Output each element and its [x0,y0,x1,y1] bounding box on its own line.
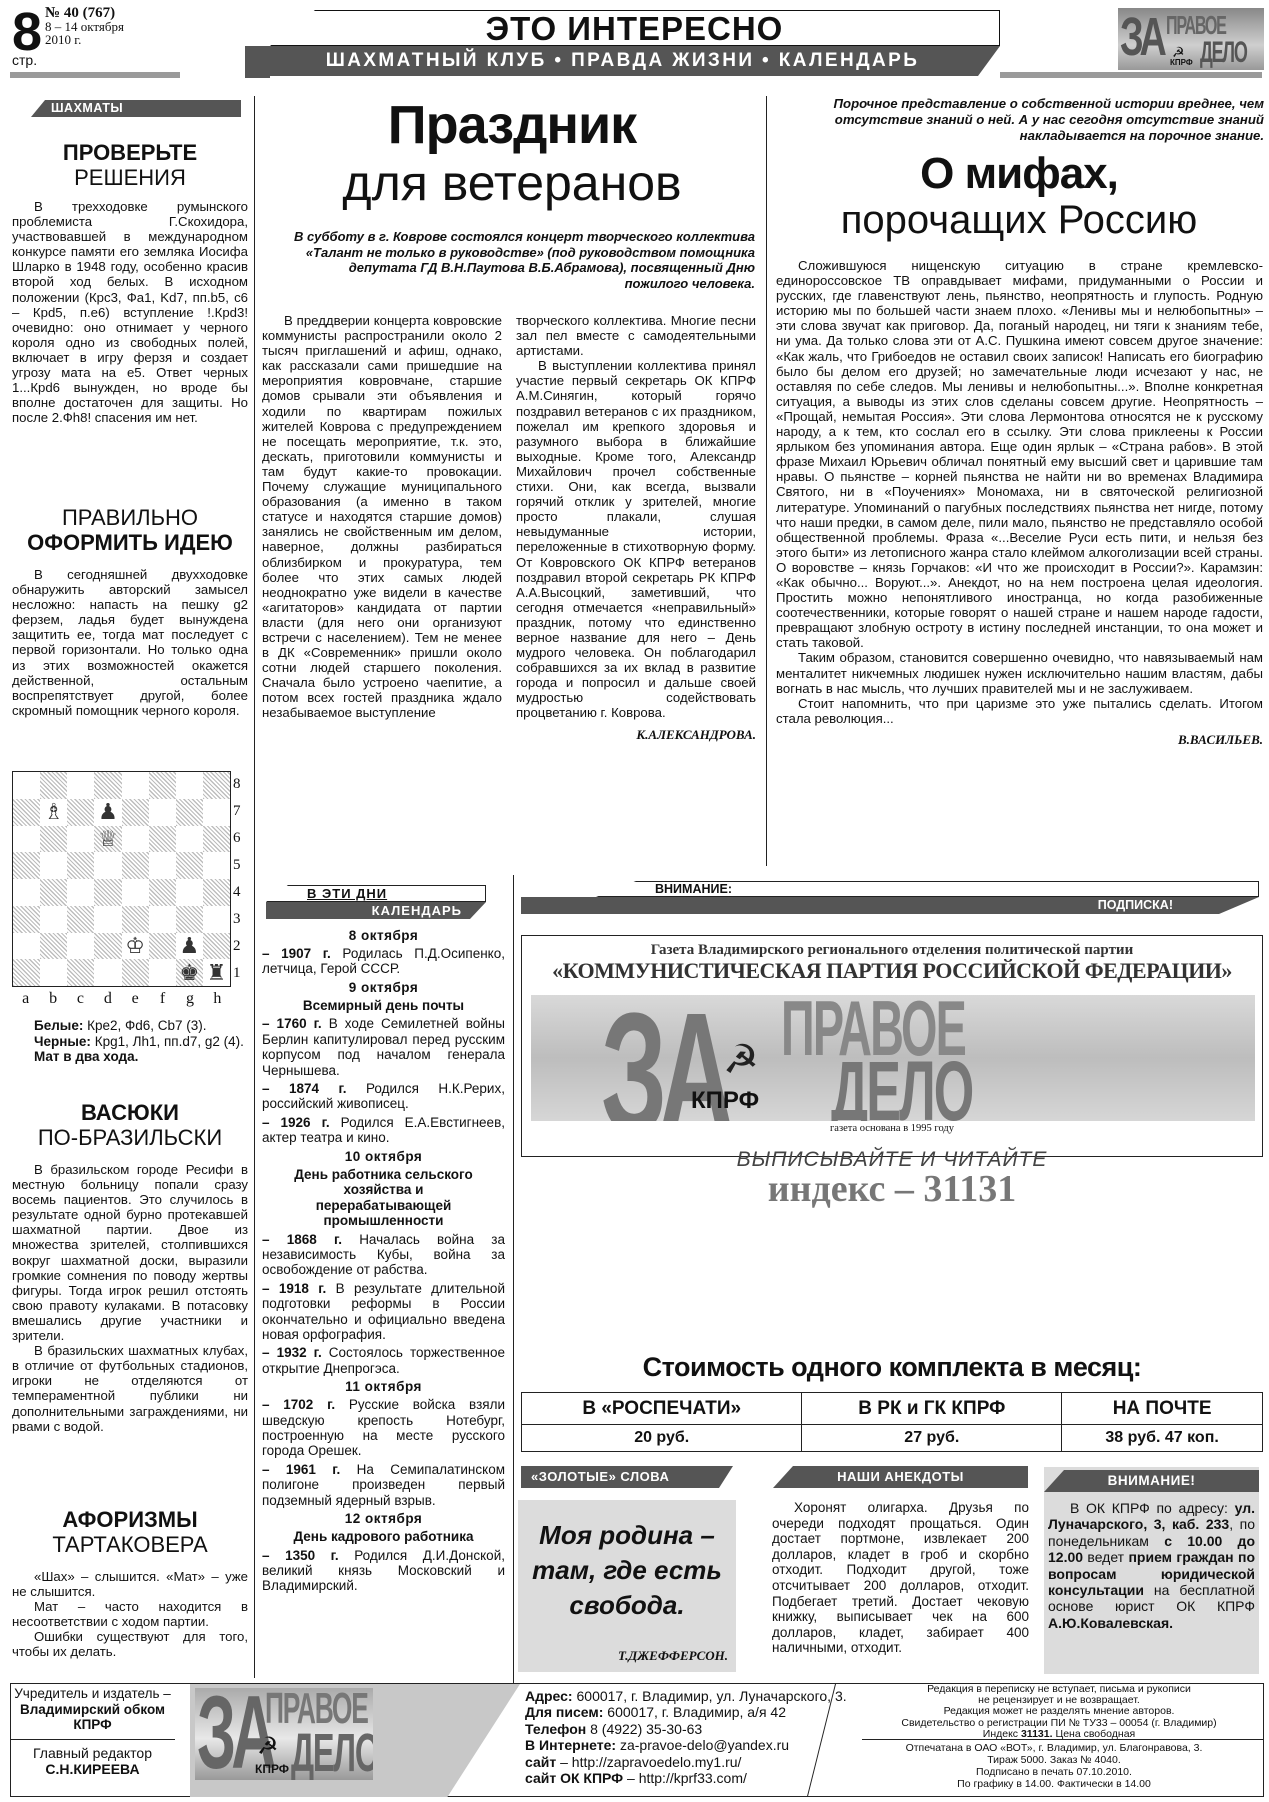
board-square-e5 [122,852,149,879]
white-pieces: Крe2, Фd6, Сb7 (3). [87,1018,206,1033]
calendar-event: – 1760 г. В ходе Семилетней войны Берлин… [262,1016,505,1078]
board-square-f5 [149,852,176,879]
calendar-event: – 1874 г. Родился Н.К.Рерих, российский … [262,1081,505,1112]
chess-piece-icon: ♚ [179,960,199,986]
phone: 8 (4922) 35-30-63 [590,1721,702,1737]
board-square-h7 [203,799,230,826]
price-value-rospechat: 20 руб. [522,1425,802,1452]
myths-body: Сложившуюся нищенскую ситуацию в стране … [776,258,1263,748]
file-label: b [39,990,66,1008]
calendar-date: 8 октября [262,928,505,944]
email-link[interactable]: za-pravoe-delo@yandex.ru [620,1737,789,1753]
board-square-b6 [40,826,67,853]
aphorism: Ошибки существуют для того, чтобы их дел… [12,1629,248,1659]
column-rule [513,875,514,1683]
board-square-h2 [203,933,230,960]
board-square-c2 [67,933,94,960]
board-square-b2 [40,933,67,960]
founder-info: Учредитель и издатель – Владимирский обк… [10,1683,175,1740]
file-label: c [67,990,94,1008]
chess-piece-icon: ♟ [98,799,118,825]
event-year: – 1350 г. [262,1548,354,1563]
notice-text: В ОК КПРФ по адресу: ул. Луначарского, 3… [1048,1500,1255,1631]
article-author: В.ВАСИЛЬЕВ. [776,732,1263,748]
black-pieces: Крg1, Лh1, пп.d7, g2 (4). [95,1034,244,1049]
article-body: В бразильском городе Ресифи в местную бо… [12,1162,248,1343]
board-square-a5 [13,852,40,879]
section-subtitle: ШАХМАТНЫЙ КЛУБ • ПРАВДА ЖИЗНИ • КАЛЕНДАР… [245,46,1000,76]
board-square-h4 [203,879,230,906]
board-square-g5 [176,852,203,879]
calendar-event: – 1702 г. Русские войска взяли шведскую … [262,1397,505,1459]
calendar-event: – 1907 г. Родилась П.Д.Осипенко, летчица… [262,946,505,977]
board-square-a1 [13,959,40,986]
logo-delo: ДЕЛО [1200,36,1247,70]
board-square-f4 [149,879,176,906]
board-square-e3 [122,906,149,933]
article-body: В преддверии концерта ковровские коммуни… [262,313,502,721]
founded-note: газета основана в 1995 году [521,1123,1263,1134]
myths-headline: О мифах, порочащих Россию [774,150,1264,242]
article-vasyuki: ВАСЮКИ ПО-БРАЗИЛЬСКИ В бразильском город… [12,1100,248,1434]
board-square-e6 [122,826,149,853]
file-label: e [122,990,149,1008]
board-square-f7 [149,799,176,826]
rank-label: 8 [233,771,247,798]
party-name: «КОММУНИСТИЧЕСКАЯ ПАРТИЯ РОССИЙСКОЙ ФЕДЕ… [521,958,1263,984]
header-rule-right [1000,72,1262,78]
rank-label: 5 [233,852,247,879]
article-body: Сложившуюся нищенскую ситуацию в стране … [776,258,1263,650]
section-tab-notice: ВНИМАНИЕ! [1044,1470,1259,1492]
board-square-a6 [13,826,40,853]
board-square-f8 [149,772,176,799]
board-square-d5 [94,852,121,879]
calendar-date: 12 октября [262,1511,505,1527]
mail-address: 600017, г. Владимир, а/я 42 [607,1704,786,1720]
aphorism: Мат – часто находится в несоответствии с… [12,1599,248,1629]
board-square-g3 [176,906,203,933]
rank-label: 4 [233,879,247,906]
event-year: – 1702 г. [262,1397,349,1412]
article-title: АФОРИЗМЫ [12,1507,248,1532]
article-aphorisms: АФОРИЗМЫ ТАРТАКОВЕРА «Шах» – слышится. «… [12,1507,248,1660]
board-square-h8 [203,772,230,799]
article-title: ВАСЮКИ [12,1100,248,1125]
chess-piece-icon: ♗ [44,799,64,825]
board-square-d7: ♟ [94,799,121,826]
board-square-g1: ♚ [176,959,203,986]
calendar-list: 8 октября– 1907 г. Родилась П.Д.Осипенко… [262,925,505,1597]
board-rank-labels: 87654321 [233,771,247,987]
page-label: стр. [12,52,37,68]
price-header-post: НА ПОЧТЕ [1062,1393,1263,1425]
event-year: – 1918 г. [262,1281,336,1296]
board-square-a4 [13,879,40,906]
board-square-e8 [122,772,149,799]
event-year: – 1926 г. [262,1115,341,1130]
article-body: творческого коллектива. Многие песни зал… [516,313,756,358]
newspaper-logo: ЗА ПРАВОЕ ДЕЛО ☭ КПРФ [1118,8,1264,70]
board-square-c7 [67,799,94,826]
board-square-f3 [149,906,176,933]
article-subtitle: ТАРТАКОВЕРА [12,1532,248,1557]
site2-link[interactable]: – http://kprf33.com/ [627,1770,747,1786]
event-year: – 1932 г. [262,1345,329,1360]
article-check-solutions: ПРОВЕРЬТЕ РЕШЕНИЯ В трехходовке румынско… [12,140,248,425]
white-label: Белые: [34,1018,83,1033]
headline-line2: порочащих Россию [774,198,1264,242]
rank-label: 3 [233,906,247,933]
price-value-post: 38 руб. 47 коп. [1062,1425,1263,1452]
board-square-a8 [13,772,40,799]
article-body: В сегодняшней двухходовке обнаружить авт… [12,567,248,718]
board-square-d6: ♕ [94,826,121,853]
article-body: Стоит напомнить, что при царизме это уже… [776,696,1263,726]
section-tab-golden-words: «ЗОЛОТЫЕ» СЛОВА [521,1466,733,1488]
price-header-rospechat: В «РОСПЕЧАТИ» [522,1393,802,1425]
board-square-e1 [122,959,149,986]
position-notation: Белые: Крe2, Фd6, Сb7 (3). Черные: Крg1,… [12,1018,248,1065]
board-square-d4 [94,879,121,906]
board-square-e2: ♔ [122,933,149,960]
address: 600017, г. Владимир, ул. Луначарского, 3… [577,1688,847,1704]
article-idea: ПРАВИЛЬНО ОФОРМИТЬ ИДЕЮ В сегодняшней дв… [12,505,248,718]
calendar-tab-bottom: КАЛЕНДАРЬ [266,902,486,919]
event-year: – 1961 г. [262,1462,357,1477]
org-line: Газета Владимирского регионального отдел… [521,942,1263,959]
contact-info: Адрес: 600017, г. Владимир, ул. Луначарс… [525,1688,825,1786]
section-tab-jokes: НАШИ АНЕКДОТЫ [773,1466,1028,1488]
article-body: В трехходовке румынского проблемиста Г.С… [12,199,248,425]
event-year: – 1868 г. [262,1232,359,1247]
veterans-headline: Праздник для ветеранов [262,95,762,211]
footer-logo: ЗА ПРАВОЕ ДЕЛО ☭ КПРФ [195,1688,373,1780]
print-info: Отпечатана в ОАО «ВОТ», г. Владимир, ул.… [845,1742,1263,1790]
calendar-event: – 1932 г. Состоялось торжественное откры… [262,1345,505,1376]
file-label: h [204,990,231,1008]
editor-info: Главный редактор С.Н.КИРЕЕВА [10,1745,175,1777]
site-link[interactable]: – http://zapravoedelo.my1.ru/ [560,1754,741,1770]
calendar-holiday: Всемирный день почты [262,998,505,1014]
board-square-d3 [94,906,121,933]
file-label: d [94,990,121,1008]
veterans-lead: В субботу в г. Коврове состоялся концерт… [290,229,755,291]
board-square-h5 [203,852,230,879]
article-body: В выступлении коллектива принял участие … [516,358,756,720]
price-title: Стоимость одного комплекта в месяц: [521,1352,1263,1383]
event-year: – 1874 г. [262,1081,366,1096]
board-square-b1 [40,959,67,986]
board-square-b3 [40,906,67,933]
board-square-c8 [67,772,94,799]
board-square-b7: ♗ [40,799,67,826]
board-square-b8 [40,772,67,799]
subscription-tab-bottom: ПОДПИСКА! [521,897,1259,914]
calendar-event: – 1961 г. На Семипалатинском полигоне пр… [262,1462,505,1508]
joke-text: Хоронят олигарха. Друзья по очереди подх… [772,1500,1029,1656]
board-square-g8 [176,772,203,799]
calendar-holiday: День работника сельского хозяйства и пер… [262,1167,505,1229]
board-square-d1 [94,959,121,986]
calendar-event: – 1868 г. Началась война за независимост… [262,1232,505,1278]
article-title: ПРОВЕРЬТЕ [12,140,248,165]
board-square-g6 [176,826,203,853]
board-square-e7 [122,799,149,826]
price-value-kprf: 27 руб. [802,1425,1062,1452]
board-square-d8 [94,772,121,799]
board-square-f6 [149,826,176,853]
board-square-a7 [13,799,40,826]
board-square-g4 [176,879,203,906]
board-square-a3 [13,906,40,933]
board-square-a2 [13,933,40,960]
hammer-sickle-icon: ☭ [723,1037,759,1083]
board-square-f1 [149,959,176,986]
article-subtitle: ПО-БРАЗИЛЬСКИ [12,1125,248,1150]
column-rule [254,96,255,1678]
legal-info: Редакция в переписку не вступает, письма… [855,1684,1263,1740]
board-square-c6 [67,826,94,853]
article-title: ОФОРМИТЬ ИДЕЮ [12,530,248,555]
header-rule-left [10,72,180,78]
issue-info: № 40 (767) 8 – 14 октября 2010 г. [45,6,124,46]
chess-board: ♗♟♕♔♟♚♜ [12,771,231,987]
rank-label: 2 [233,933,247,960]
board-square-e4 [122,879,149,906]
file-label: g [176,990,203,1008]
calendar-event: – 1350 г. Родился Д.И.Донской, великий к… [262,1548,505,1594]
quote-text: Моя родина – там, где есть свобода. [518,1518,736,1623]
calendar-event: – 1918 г. В результате длительной подгот… [262,1281,505,1343]
column-rule [766,96,767,866]
chess-piece-icon: ♜ [207,960,227,986]
hammer-sickle-icon: ☭ [257,1732,279,1761]
subscription-tab-top: ВНИМАНИЕ: [596,881,1259,897]
calendar-holiday: День кадрового работника [262,1529,505,1545]
chess-piece-icon: ♟ [179,933,199,959]
calendar-date: 10 октября [262,1149,505,1165]
page-number: 8 [12,6,42,58]
board-square-d2 [94,933,121,960]
issue-year: 2010 г. [45,32,81,47]
file-label: a [12,990,39,1008]
subscription-index: индекс – 31131 [521,1168,1263,1210]
board-square-c3 [67,906,94,933]
board-square-g7 [176,799,203,826]
calendar-event: – 1926 г. Родился Е.А.Евстигнеев, актер … [262,1115,505,1146]
board-square-b5 [40,852,67,879]
quote-author: Т.ДЖЕФФЕРСОН. [618,1648,728,1664]
calendar-tab-top: В ЭТИ ДНИ [266,885,486,902]
board-square-c5 [67,852,94,879]
board-square-h1: ♜ [203,959,230,986]
logo-za: ЗА [1120,6,1163,68]
section-title: ЭТО ИНТЕРЕСНО [270,10,1000,46]
joke: Хоронят олигарха. Друзья по очереди подх… [772,1500,1029,1656]
price-header-kprf: В РК и ГК КПРФ [802,1393,1062,1425]
black-label: Черные: [34,1034,91,1049]
board-square-f2 [149,933,176,960]
veterans-col1: В преддверии концерта ковровские коммуни… [262,313,502,721]
article-subtitle: ПРАВИЛЬНО [12,505,248,530]
headline-line2: для ветеранов [262,155,762,211]
board-square-h6 [203,826,230,853]
file-label: f [149,990,176,1008]
board-square-b4 [40,879,67,906]
article-body: Таким образом, становится совершенно оче… [776,650,1263,695]
task: Мат в два хода. [12,1049,248,1065]
article-subtitle: РЕШЕНИЯ [12,165,248,190]
board-square-h3 [203,906,230,933]
board-square-c4 [67,879,94,906]
board-square-g2: ♟ [176,933,203,960]
newspaper-logo-large: ЗА ПРАВОЕ ДЕЛО ☭ КПРФ [531,995,1255,1121]
event-year: – 1907 г. [262,946,342,961]
price-table: В «РОСПЕЧАТИ» В РК и ГК КПРФ НА ПОЧТЕ 20… [521,1392,1263,1452]
rank-label: 6 [233,825,247,852]
board-square-c1 [67,959,94,986]
calendar-date: 9 октября [262,980,505,996]
headline-line1: Праздник [262,95,762,155]
golden-words-box: Моя родина – там, где есть свобода. Т.ДЖ… [518,1500,736,1672]
logo-kprf: КПРФ [1170,58,1193,67]
chess-piece-icon: ♕ [98,826,118,852]
myths-epigraph: Порочное представление о собственной ист… [774,96,1264,144]
headline-line1: О мифах, [774,150,1264,198]
section-tab-chess: ШАХМАТЫ [31,100,241,117]
aphorism: «Шах» – слышится. «Мат» – уже не слышитс… [12,1569,248,1599]
article-author: К.АЛЕКСАНДРОВА. [516,727,756,743]
rank-label: 1 [233,960,247,987]
article-body: В бразильских шахматных клубах, в отличи… [12,1343,248,1434]
chess-piece-icon: ♔ [125,933,145,959]
rank-label: 7 [233,798,247,825]
veterans-col2: творческого коллектива. Многие песни зал… [516,313,756,743]
event-year: – 1760 г. [262,1016,329,1031]
calendar-date: 11 октября [262,1379,505,1395]
board-file-labels: abcdefgh [12,990,231,1008]
